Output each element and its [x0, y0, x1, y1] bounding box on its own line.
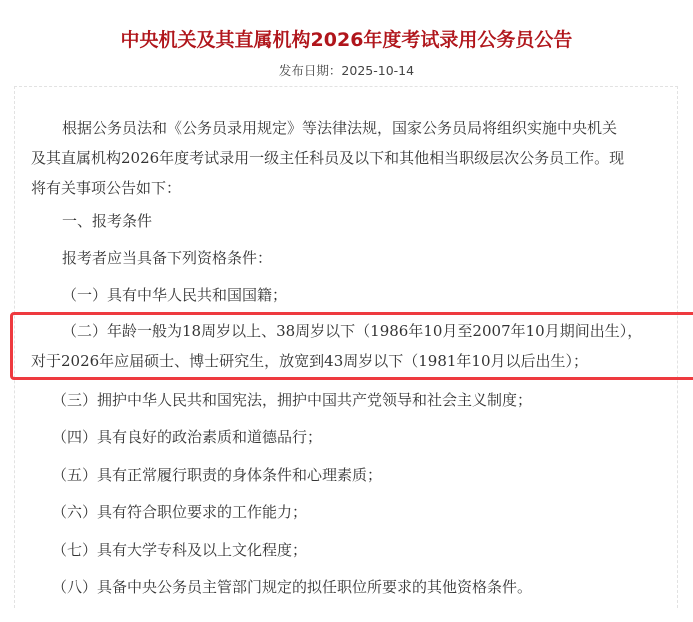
age-condition-highlight-box [10, 312, 693, 380]
condition-item-7: （七）具有大学专科及以上文化程度； [52, 535, 307, 565]
intro-paragraph-line-2: 及其直属机构2026年度考试录用一级主任科员及以下和其他相当职级层次公务员工作。… [31, 143, 624, 173]
page-title: 中央机关及其直属机构2026年度考试录用公务员公告 [0, 27, 693, 53]
condition-item-6: （六）具有符合职位要求的工作能力； [52, 497, 307, 527]
publish-date: 发布日期：2025-10-14 [0, 62, 693, 80]
condition-item-3: （三）拥护中华人民共和国宪法，拥护中国共产党领导和社会主义制度； [52, 385, 532, 415]
section-heading-eligibility: 一、报考条件 [62, 206, 152, 236]
intro-paragraph-line-3: 将有关事项公告如下： [31, 173, 181, 203]
condition-item-4: （四）具有良好的政治素质和道德品行； [52, 422, 322, 452]
condition-item-8: （八）具备中央公务员主管部门规定的拟任职位所要求的其他资格条件。 [52, 572, 532, 602]
conditions-lead-text: 报考者应当具备下列资格条件： [62, 243, 272, 273]
condition-item-1: （一）具有中华人民共和国国籍； [62, 280, 287, 310]
intro-paragraph-line-1: 根据公务员法和《公务员录用规定》等法律法规，国家公务员局将组织实施中央机关 [62, 113, 617, 143]
condition-item-5: （五）具有正常履行职责的身体条件和心理素质； [52, 460, 382, 490]
